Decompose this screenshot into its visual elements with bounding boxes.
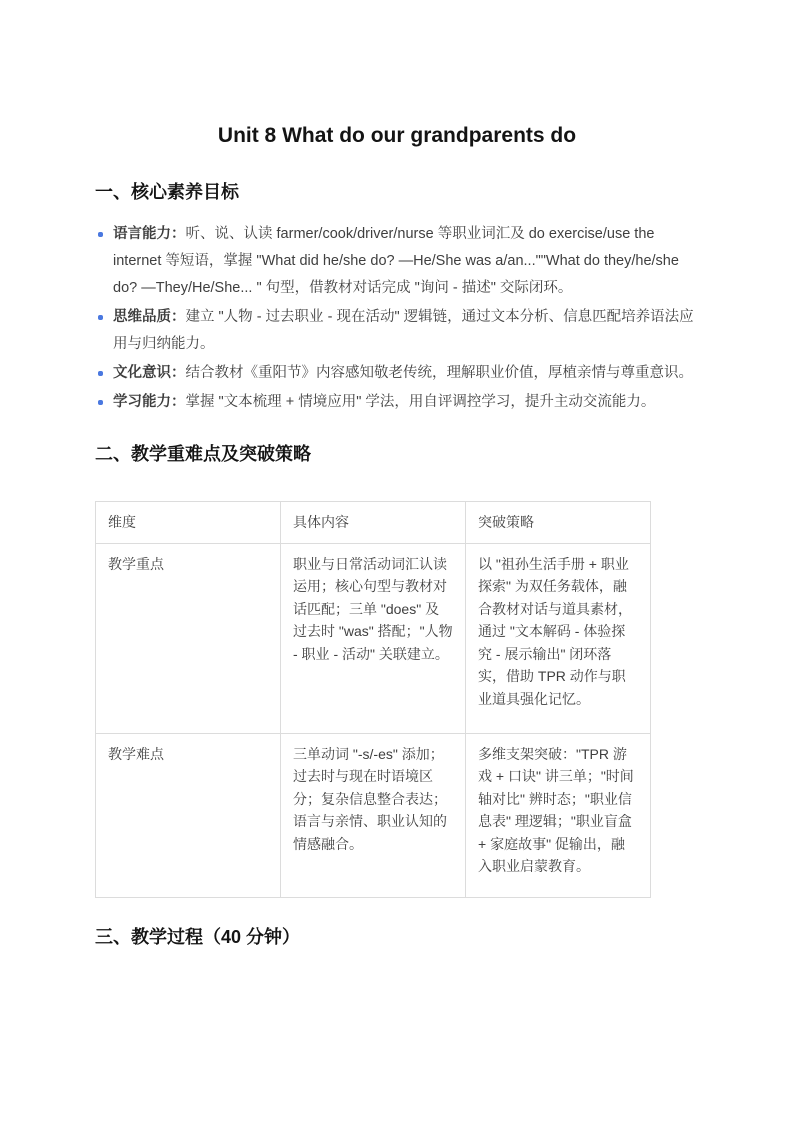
cell-content: 三单动词 "-s/-es" 添加；过去时与现在时语境区分；复杂信息整合表达；语言… [281,733,466,897]
col-header-content: 具体内容 [281,502,466,544]
cell-strategy: 以 "祖孙生活手册 + 职业探索" 为双任务载体，融合教材对话与道具素材，通过 … [466,543,651,733]
goal-text: 听、说、认读 farmer/cook/driver/nurse 等职业词汇及 d… [113,226,679,296]
goal-item-thinking: 思维品质：建立 "人物 - 过去职业 - 现在活动" 逻辑链，通过文本分析、信息… [95,304,699,358]
bullet-dot-icon [98,371,103,376]
section-heading-teaching-process: 三、教学过程（40 分钟） [95,925,699,950]
document-page: Unit 8 What do our grandparents do 一、核心素… [0,0,794,1123]
table-header-row: 维度 具体内容 突破策略 [96,502,651,544]
bullet-dot-icon [98,315,103,320]
section-heading-core-goals: 一、核心素养目标 [95,180,699,205]
cell-strategy: 多维支架突破："TPR 游戏 + 口诀" 讲三单；"时间轴对比" 辨时态；"职业… [466,733,651,897]
cell-dimension: 教学难点 [96,733,281,897]
table-row: 教学难点 三单动词 "-s/-es" 添加；过去时与现在时语境区分；复杂信息整合… [96,733,651,897]
table-row: 教学重点 职业与日常活动词汇认读运用；核心句型与教材对话匹配；三单 "does"… [96,543,651,733]
goal-label: 语言能力： [113,226,186,242]
goal-item-language: 语言能力：听、说、认读 farmer/cook/driver/nurse 等职业… [95,221,699,302]
goal-label: 文化意识： [113,365,186,381]
section-heading-key-difficult-points: 二、教学重难点及突破策略 [95,442,699,467]
key-difficulty-table: 维度 具体内容 突破策略 教学重点 职业与日常活动词汇认读运用；核心句型与教材对… [95,501,651,898]
col-header-strategy: 突破策略 [466,502,651,544]
table-head: 维度 具体内容 突破策略 [96,502,651,544]
page-title: Unit 8 What do our grandparents do [95,122,699,150]
cell-dimension: 教学重点 [96,543,281,733]
document-content: Unit 8 What do our grandparents do 一、核心素… [95,0,699,950]
goal-text: 掌握 "文本梳理 + 情境应用" 学法，用自评调控学习，提升主动交流能力。 [186,394,656,410]
goal-text: 结合教材《重阳节》内容感知敬老传统，理解职业价值，厚植亲情与尊重意识。 [186,365,694,381]
cell-content: 职业与日常活动词汇认读运用；核心句型与教材对话匹配；三单 "does" 及过去时… [281,543,466,733]
core-goals-list: 语言能力：听、说、认读 farmer/cook/driver/nurse 等职业… [95,221,699,416]
goal-label: 学习能力： [113,394,186,410]
table-body: 教学重点 职业与日常活动词汇认读运用；核心句型与教材对话匹配；三单 "does"… [96,543,651,897]
goal-label: 思维品质： [113,309,186,325]
bullet-dot-icon [98,232,103,237]
col-header-dimension: 维度 [96,502,281,544]
goal-text: 建立 "人物 - 过去职业 - 现在活动" 逻辑链，通过文本分析、信息匹配培养语… [113,309,694,352]
bullet-dot-icon [98,400,103,405]
goal-item-learning: 学习能力：掌握 "文本梳理 + 情境应用" 学法，用自评调控学习，提升主动交流能… [95,389,699,416]
goal-item-culture: 文化意识：结合教材《重阳节》内容感知敬老传统，理解职业价值，厚植亲情与尊重意识。 [95,360,699,387]
